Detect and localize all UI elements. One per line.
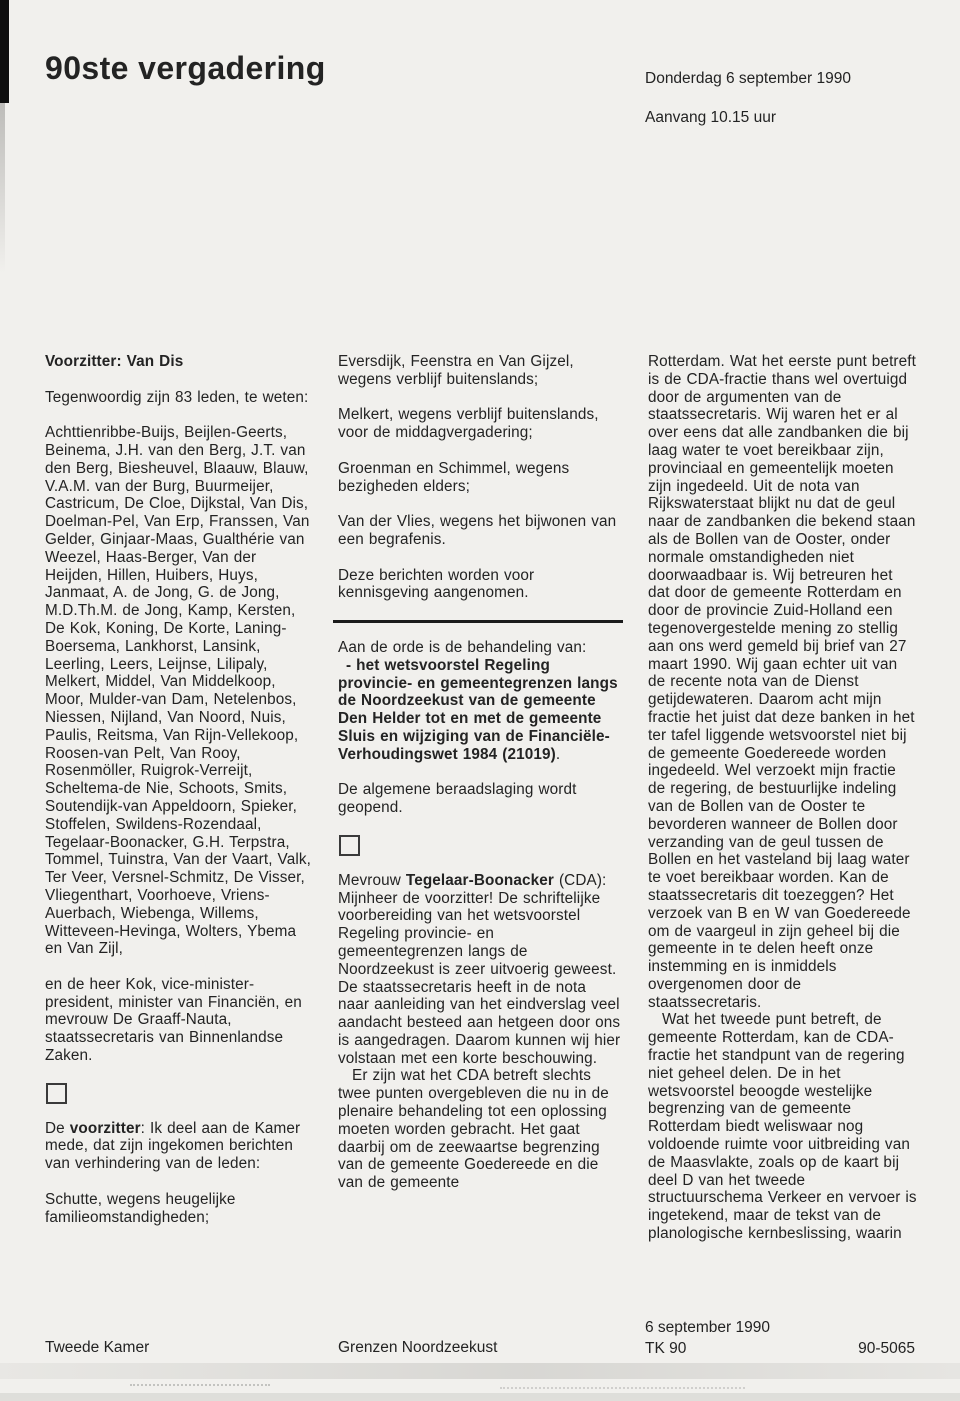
speaker-prefix: Mevrouw <box>338 872 406 889</box>
footer-chamber: Tweede Kamer <box>45 1339 149 1357</box>
scan-artifact-dots <box>500 1387 745 1389</box>
deliberation-opened: De algemene beraadslaging wordt geopend. <box>338 781 622 817</box>
chair-line: Voorzitter: Van Dis <box>45 353 315 371</box>
footer-subject: Grenzen Noordzeekust <box>338 1339 497 1357</box>
column-attendance: Voorzitter: Van Dis Tegenwoordig zijn 83… <box>45 353 315 1244</box>
section-marker-box <box>46 1083 67 1104</box>
scan-artifact-dots <box>130 1384 270 1386</box>
column-agenda: Eversdijk, Feenstra en Van Gijzel, wegen… <box>338 353 622 1192</box>
scan-artifact-bottom-band <box>0 1363 960 1379</box>
scan-artifact-left-bar <box>0 0 9 103</box>
section-marker-box <box>339 835 360 856</box>
absences-note: Deze berichten worden voor kennisgeving … <box>338 567 622 603</box>
footer-session-code: TK 90 <box>645 1340 686 1358</box>
speech-paragraph-2: Er zijn wat het CDA betreft slechts twee… <box>338 1067 622 1192</box>
scan-artifact-bottom-edge <box>0 1393 960 1401</box>
speech-text-1: (CDA): Mijnheer de voorzitter! De schrif… <box>338 872 620 1067</box>
session-date: Donderdag 6 september 1990 <box>645 70 851 88</box>
absence-melkert: Melkert, wegens verblijf buitenslands, v… <box>338 406 622 442</box>
column-speech-continued: Rotterdam. Wat het eerste punt betreft i… <box>648 353 918 1243</box>
present-intro: Tegenwoordig zijn 83 leden, te weten: <box>45 389 315 407</box>
scanned-proceedings-page: 90ste vergadering Donderdag 6 september … <box>0 0 960 1401</box>
agenda-bill-item: - het wetsvoorstel Regeling provincie- e… <box>338 657 622 764</box>
agenda-intro: Aan de orde is de behandeling van: <box>338 639 622 657</box>
speech-paragraph-1: Mevrouw Tegelaar-Boonacker (CDA): Mijnhe… <box>338 872 622 1068</box>
chair-announcement: De voorzitter: Ik deel aan de Kamer mede… <box>45 1120 315 1173</box>
members-list: Achttienribbe-Buijs, Beijlen-Geerts, Bei… <box>45 424 315 958</box>
agenda-bill-text: - het wetsvoorstel Regeling provincie- e… <box>338 657 618 763</box>
absence-eversdijk: Eversdijk, Feenstra en Van Gijzel, wegen… <box>338 353 622 389</box>
government-members: en de heer Kok, vice-minister-president,… <box>45 976 315 1065</box>
chair-announcement-speaker: voorzitter <box>70 1120 141 1137</box>
chair-announcement-prefix: De <box>45 1120 70 1137</box>
footer-page-number: 90-5065 <box>858 1340 915 1358</box>
scan-artifact-left-bar-fade <box>0 103 5 273</box>
absence-schutte: Schutte, wegens heugelijke familieomstan… <box>45 1191 315 1227</box>
absence-groenman: Groenman en Schimmel, wegens bezigheden … <box>338 460 622 496</box>
agenda-bill-period: . <box>556 746 560 763</box>
speech-paragraph-3: Rotterdam. Wat het eerste punt betreft i… <box>648 353 918 1011</box>
absence-van-der-vlies: Van der Vlies, wegens het bijwonen van e… <box>338 513 622 549</box>
page-title: 90ste vergadering <box>45 50 326 87</box>
session-start-time: Aanvang 10.15 uur <box>645 109 776 127</box>
footer-date: 6 september 1990 <box>645 1319 770 1337</box>
speaker-name: Tegelaar-Boonacker <box>406 872 554 889</box>
section-divider-rule <box>333 620 623 623</box>
speech-paragraph-4: Wat het tweede punt betreft, de gemeente… <box>648 1011 918 1242</box>
